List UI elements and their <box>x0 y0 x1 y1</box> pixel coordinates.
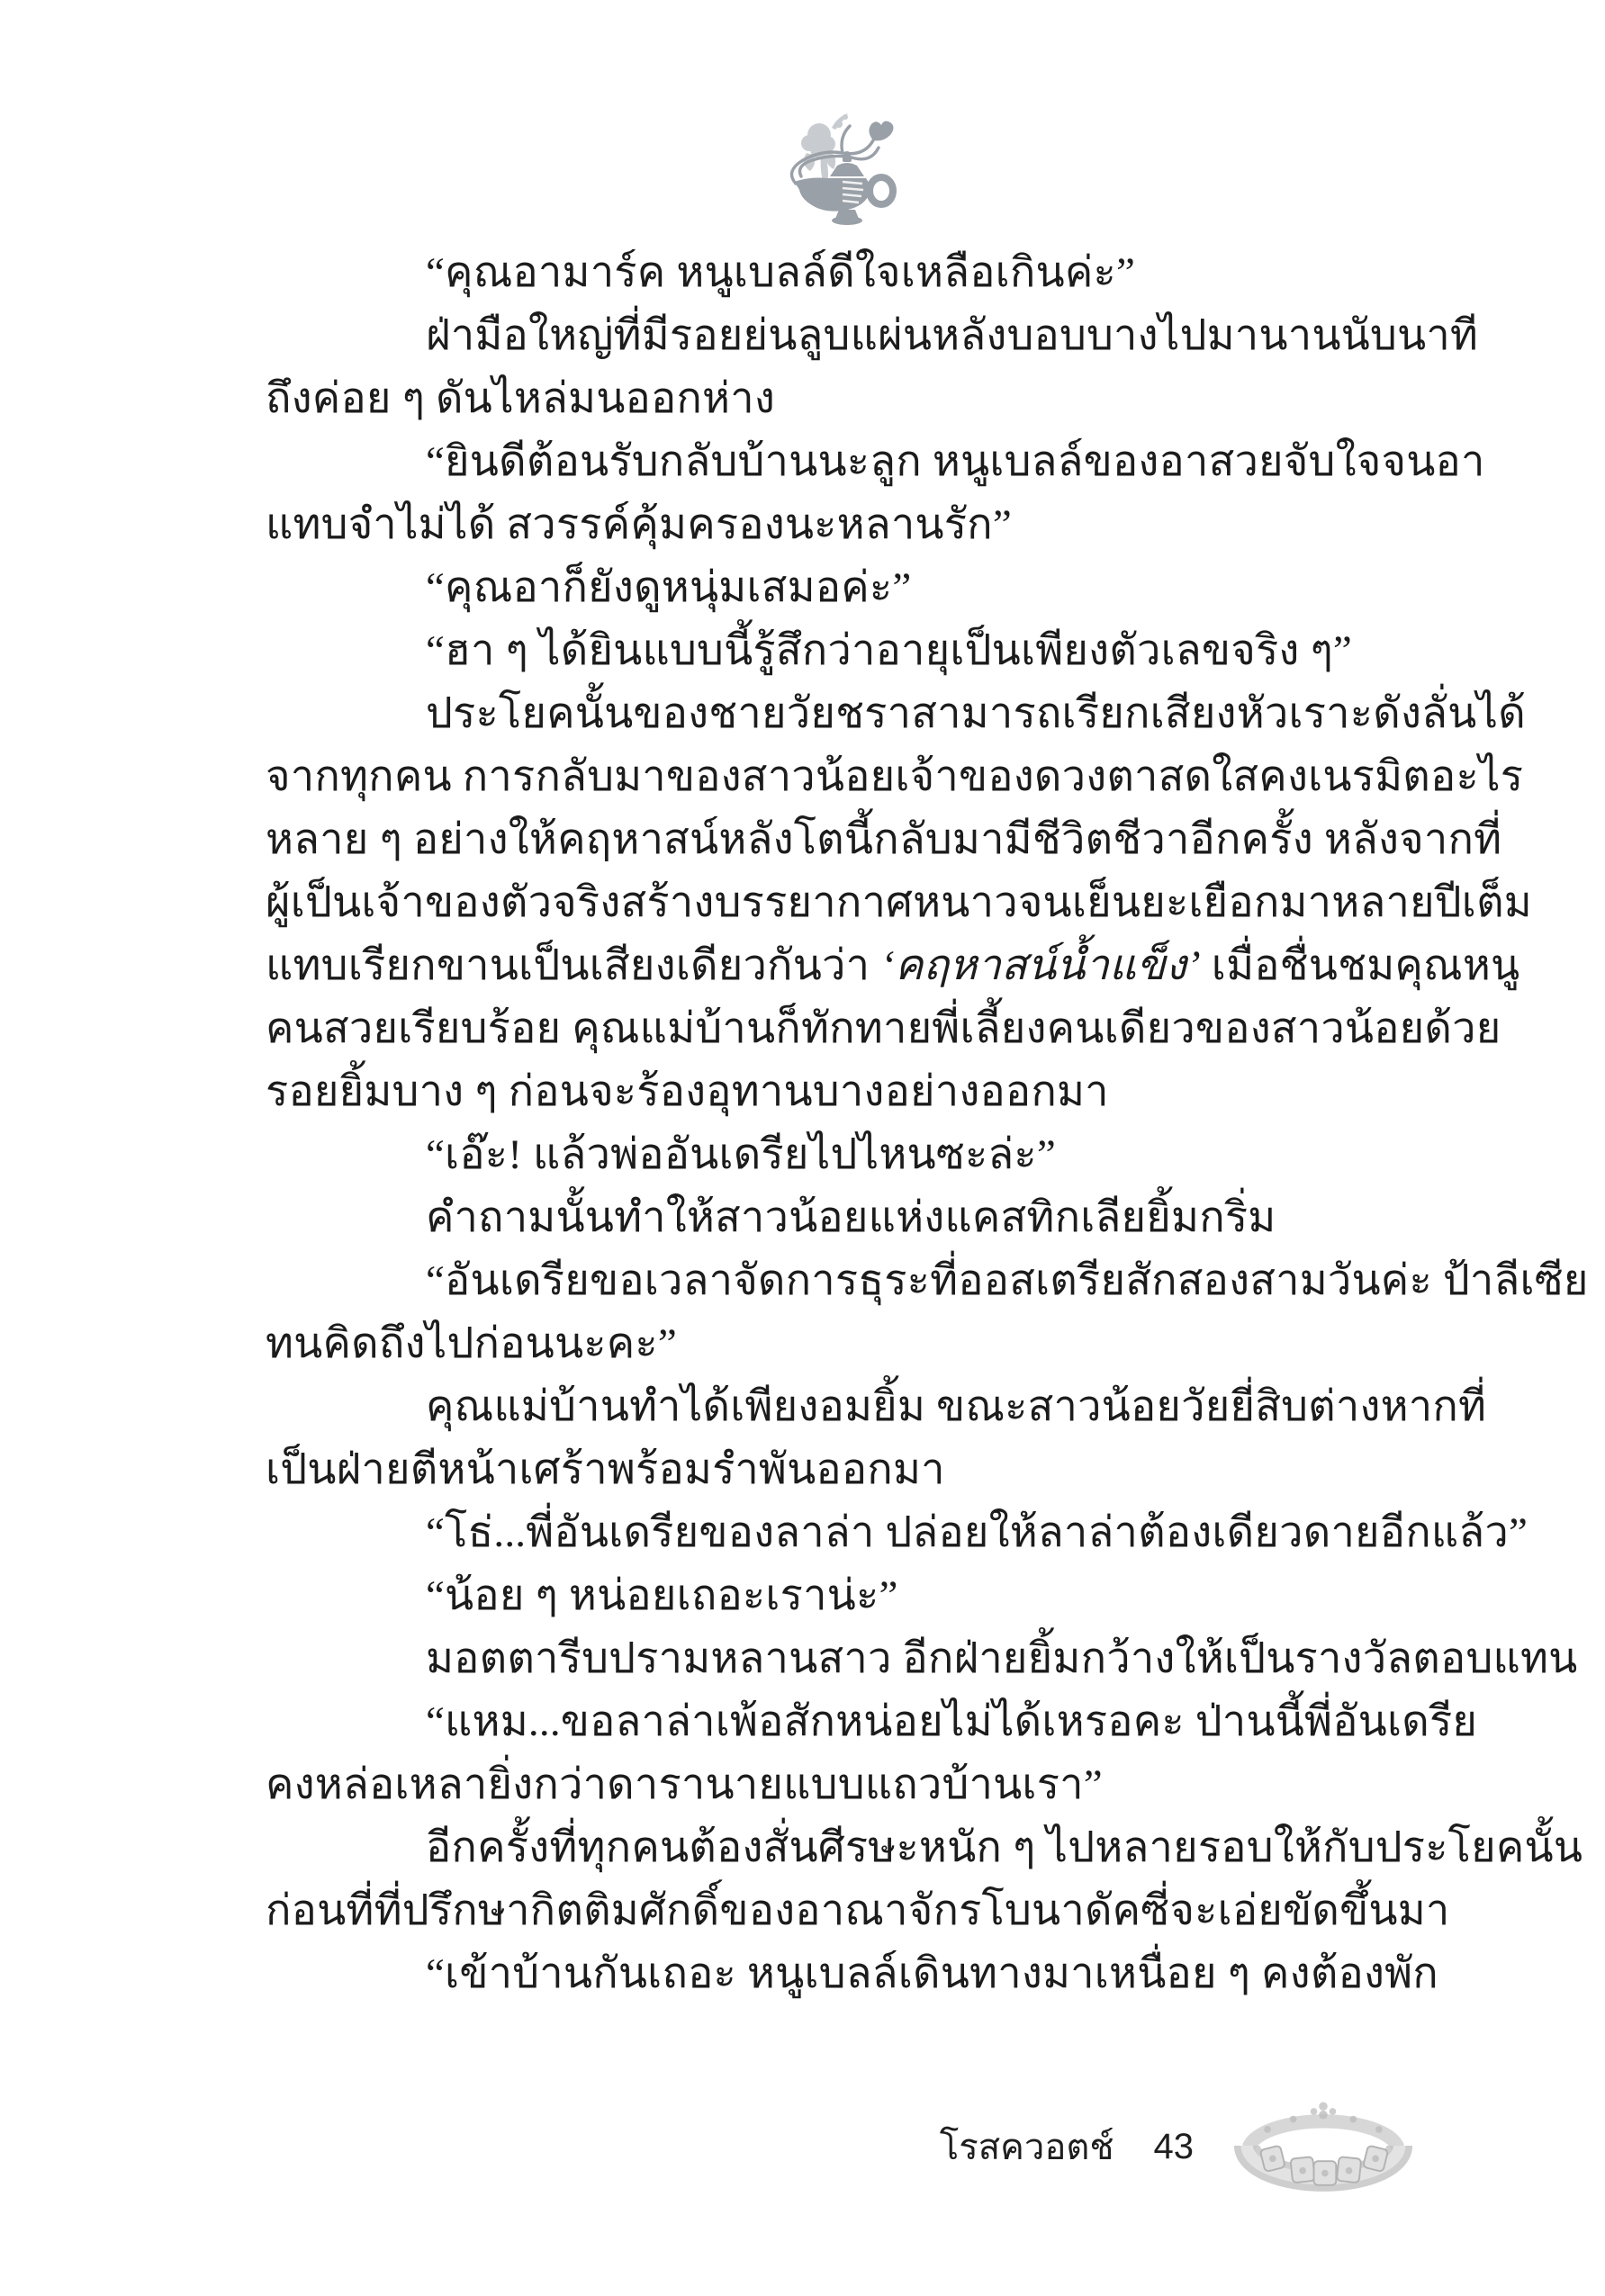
text-line: คงหล่อเหลายิ่งกว่าดารานายแบบแถวบ้านเรา” <box>266 1753 1411 1816</box>
book-title: โรสควอตช์ <box>940 2118 1114 2175</box>
text-line: อีกครั้งที่ทุกคนต้องสั่นศีรษะหนัก ๆ ไปหล… <box>266 1816 1411 1879</box>
page-number: 43 <box>1154 2127 1195 2167</box>
text-line: “เข้าบ้านกันเถอะ หนูเบลล์เดินทางมาเหนื่อ… <box>266 1942 1411 2005</box>
text-line: คำถามนั้นทำให้สาวน้อยแห่งแคสทิกเลียยิ้มก… <box>266 1186 1411 1249</box>
book-page: “คุณอามาร์ค หนูเบลล์ดีใจเหลือเกินค่ะ”ฝ่า… <box>0 0 1605 2296</box>
text-line: “โธ่...พี่อันเดรียของลาล่า ปล่อยให้ลาล่า… <box>266 1501 1411 1564</box>
text-line: ก่อนที่ที่ปรึกษากิตติมศักดิ์ของอาณาจักรโ… <box>266 1879 1411 1942</box>
text-line: ถึงค่อย ๆ ดันไหล่มนออกห่าง <box>266 367 1411 430</box>
text-line: ฝ่ามือใหญ่ที่มีรอยย่นลูบแผ่นหลังบอบบางไป… <box>266 304 1411 367</box>
text-line: ผู้เป็นเจ้าของตัวจริงสร้างบรรยากาศหนาวจน… <box>266 871 1411 934</box>
text-line: “อันเดรียขอเวลาจัดการธุระที่ออสเตรียสักส… <box>266 1249 1411 1312</box>
text-line: คุณแม่บ้านทำได้เพียงอมยิ้ม ขณะสาวน้อยวัย… <box>266 1375 1411 1438</box>
text-line: “ฮา ๆ ได้ยินแบบนี้รู้สึกว่าอายุเป็นเพียง… <box>266 619 1411 682</box>
bracelet-ornament <box>1233 2092 1413 2201</box>
body-text: “คุณอามาร์ค หนูเบลล์ดีใจเหลือเกินค่ะ”ฝ่า… <box>266 241 1411 2005</box>
text-line: “คุณอาก็ยังดูหนุ่มเสมอค่ะ” <box>266 556 1411 619</box>
text-line: จากทุกคน การกลับมาของสาวน้อยเจ้าของดวงตา… <box>266 745 1411 808</box>
text-line: หลาย ๆ อย่างให้คฤหาสน์หลังโตนี้กลับมามีช… <box>266 808 1411 871</box>
text-line: รอยยิ้มบาง ๆ ก่อนจะร้องอุทานบางอย่างออกม… <box>266 1060 1411 1123</box>
text-line: คนสวยเรียบร้อย คุณแม่บ้านก็ทักทายพี่เลี้… <box>266 997 1411 1060</box>
emphasized-phrase: ‘คฤหาสน์น้ำแข็ง’ <box>880 942 1201 989</box>
heart-leaf <box>869 122 893 141</box>
text-line: แทบจำไม่ได้ สวรรค์คุ้มครองนะหลานรัก” <box>266 493 1411 556</box>
text-line: แทบเรียกขานเป็นเสียงเดียวกันว่า ‘คฤหาสน์… <box>266 934 1411 997</box>
text-line: ทนคิดถึงไปก่อนนะคะ” <box>266 1312 1411 1375</box>
text-line: “เอ๊ะ! แล้วพ่ออันเดรียไปไหนซะล่ะ” <box>266 1123 1411 1186</box>
page-footer: โรสควอตช์ 43 <box>940 2090 1413 2203</box>
text-line: เป็นฝ่ายตีหน้าเศร้าพร้อมรำพันออกมา <box>266 1438 1411 1501</box>
text-line: มอตตารีบปรามหลานสาว อีกฝ่ายยิ้มกว้างให้เ… <box>266 1627 1411 1690</box>
text-line: “น้อย ๆ หน่อยเถอะเราน่ะ” <box>266 1564 1411 1627</box>
text-line: “แหม...ขอลาล่าเพ้อสักหน่อยไม่ได้เหรอคะ ป… <box>266 1690 1411 1753</box>
teapot-ornament <box>780 101 906 227</box>
text-line: “ยินดีต้อนรับกลับบ้านนะลูก หนูเบลล์ของอา… <box>266 430 1411 493</box>
text-line: “คุณอามาร์ค หนูเบลล์ดีใจเหลือเกินค่ะ” <box>266 241 1411 304</box>
teapot-ornament-graphic <box>780 101 906 227</box>
text-line: ประโยคนั้นของชายวัยชราสามารถเรียกเสียงหั… <box>266 682 1411 745</box>
bracelet-ornament-graphic <box>1233 2092 1413 2201</box>
